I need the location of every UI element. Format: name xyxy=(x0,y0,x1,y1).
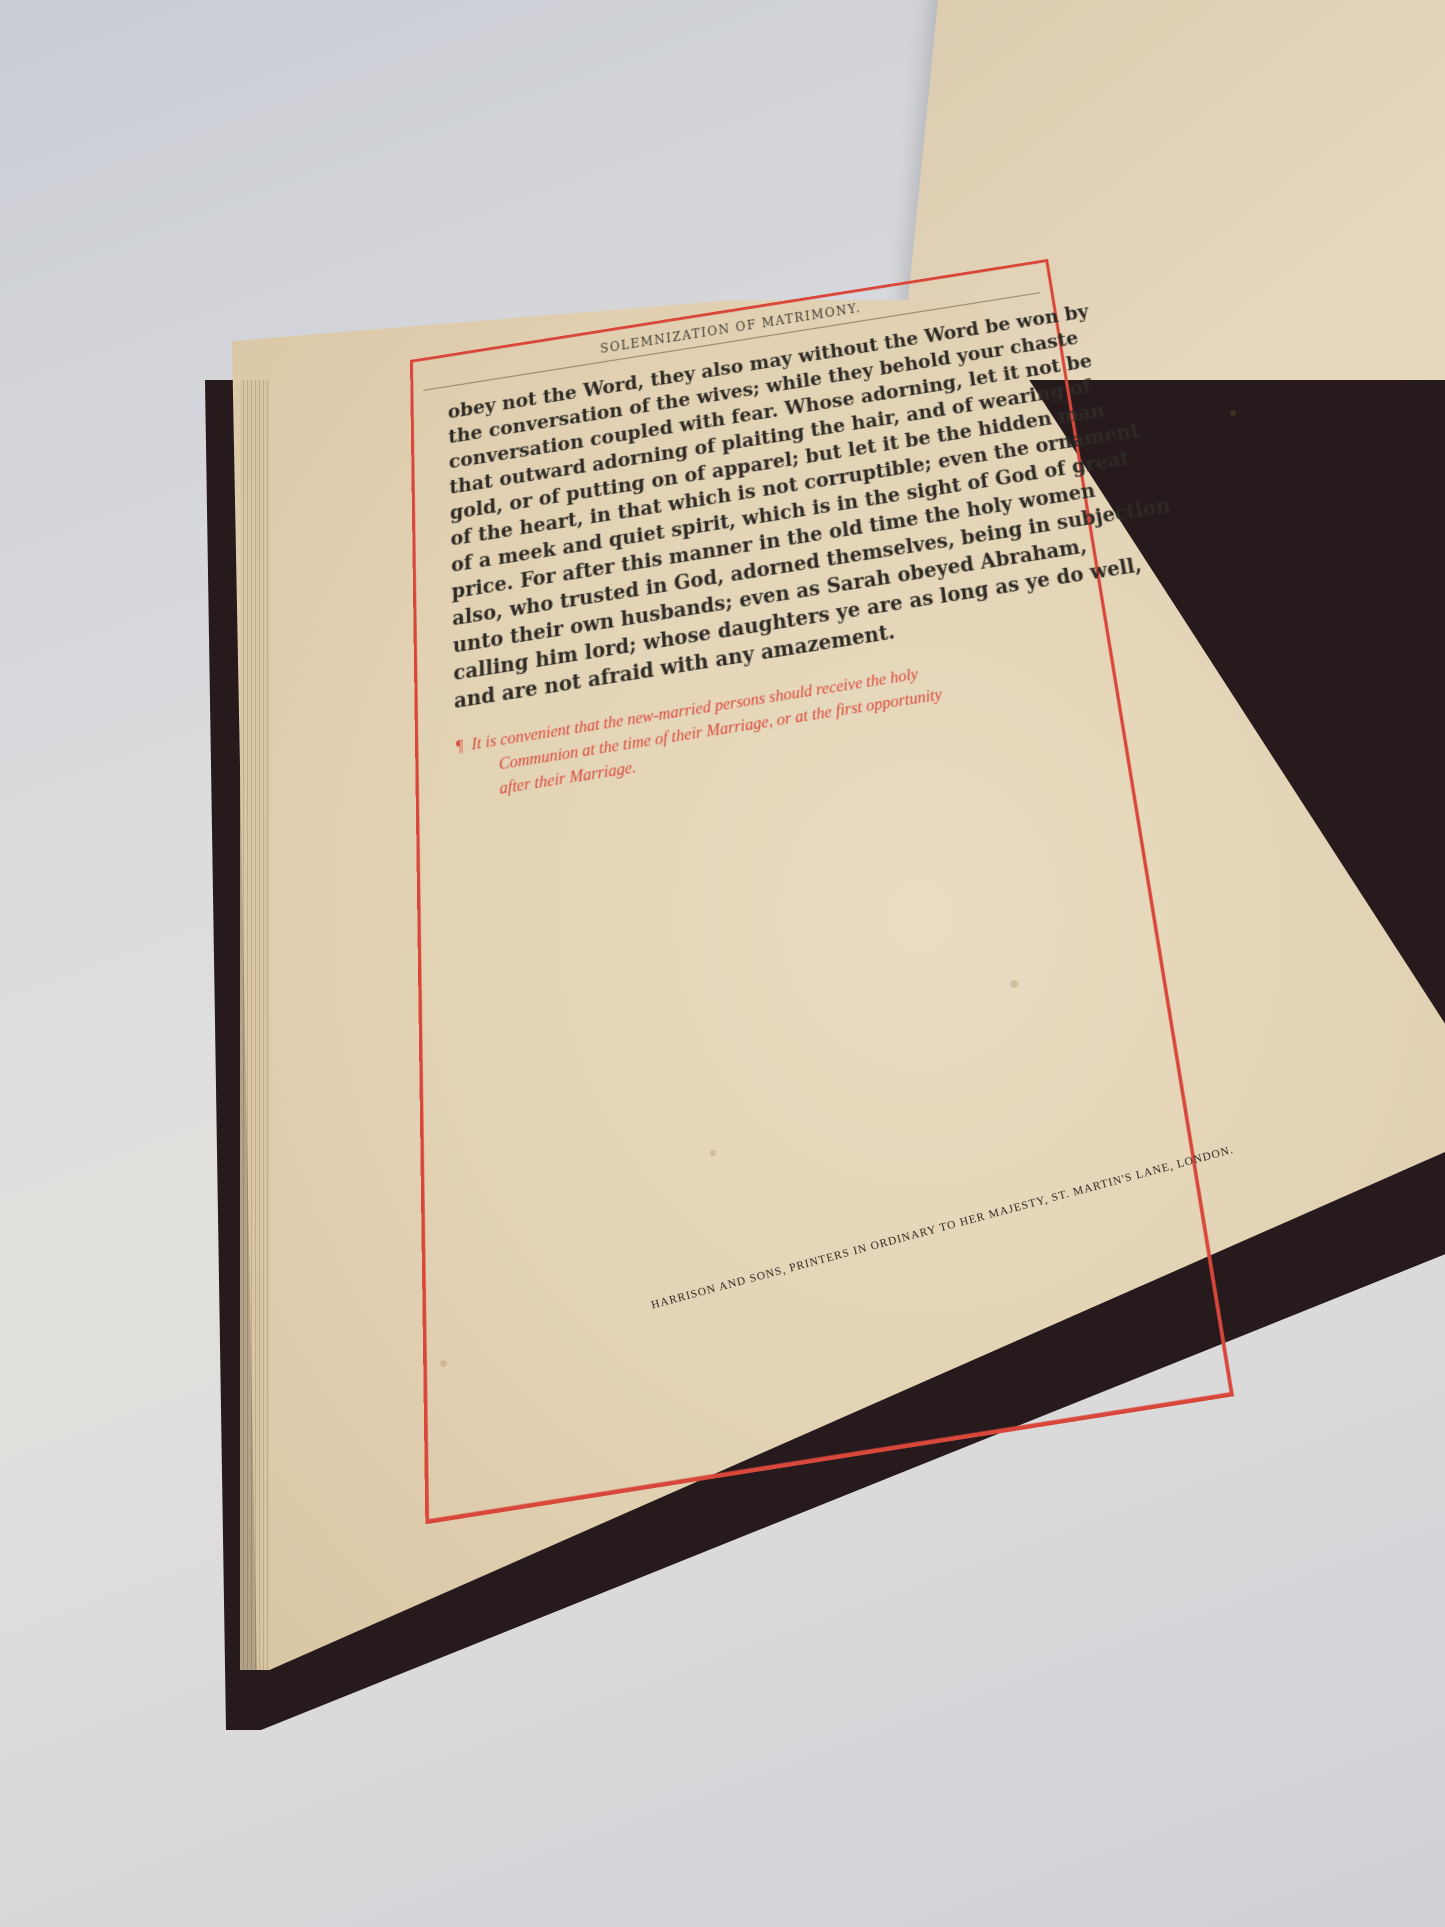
photo-scene: SOLEMNIZATION OF MATRIMONY. obey not the… xyxy=(0,0,1445,1927)
foxing-spot xyxy=(1230,410,1236,416)
pilcrow-icon: ¶ xyxy=(455,737,464,757)
page-frame-wrapper: SOLEMNIZATION OF MATRIMONY. obey not the… xyxy=(410,259,1132,1315)
page-edges xyxy=(240,380,270,1670)
